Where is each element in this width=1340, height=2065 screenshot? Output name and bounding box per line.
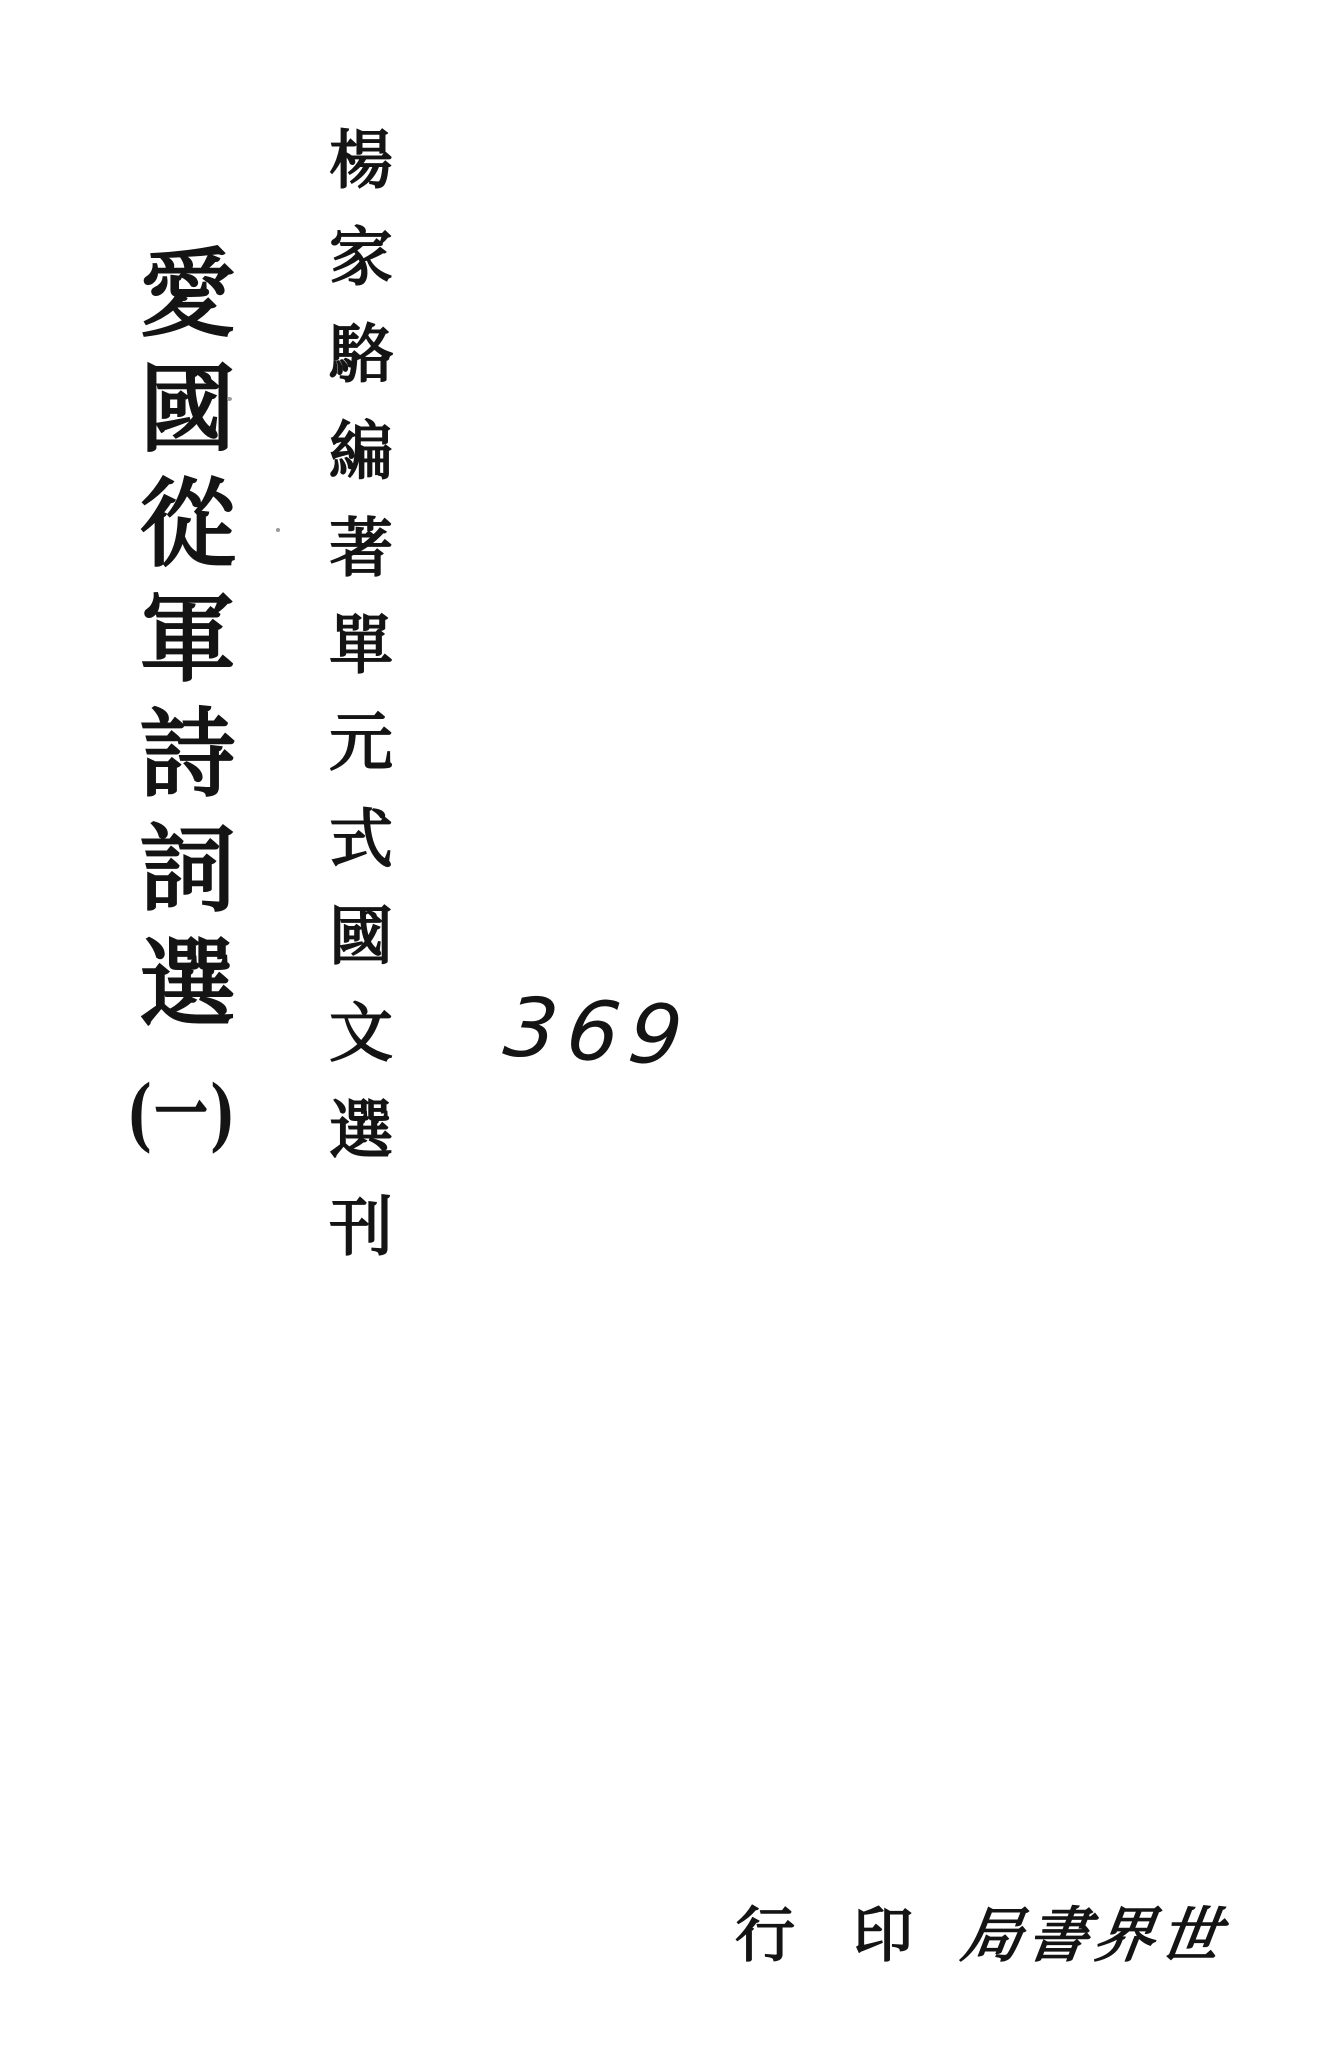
scan-speck (276, 528, 280, 532)
publisher-name-script: 局書界世 (957, 1888, 1233, 1974)
byline-column: 楊家駱編著單元式國文選刊 (322, 126, 388, 1286)
volume-label: (一) (122, 1036, 242, 1181)
book-title: 愛國從軍詩詞選 (124, 243, 237, 1048)
byline-text: 楊家駱編著單元式國文選刊 (318, 126, 393, 1290)
title-column: 愛國從軍詩詞選 (130, 243, 230, 1073)
publisher-line: 行 印 局書界世 (735, 1888, 1227, 1974)
publisher-char-xing: 行 (735, 1888, 795, 1974)
book-cover-page: 愛國從軍詩詞選 (一) 楊家駱編著單元式國文選刊 369 行 印 局書界世 (0, 0, 1340, 2065)
scan-speck (227, 397, 232, 401)
publisher-char-yin: 印 (853, 1888, 913, 1974)
handwritten-number: 369 (499, 980, 697, 1084)
